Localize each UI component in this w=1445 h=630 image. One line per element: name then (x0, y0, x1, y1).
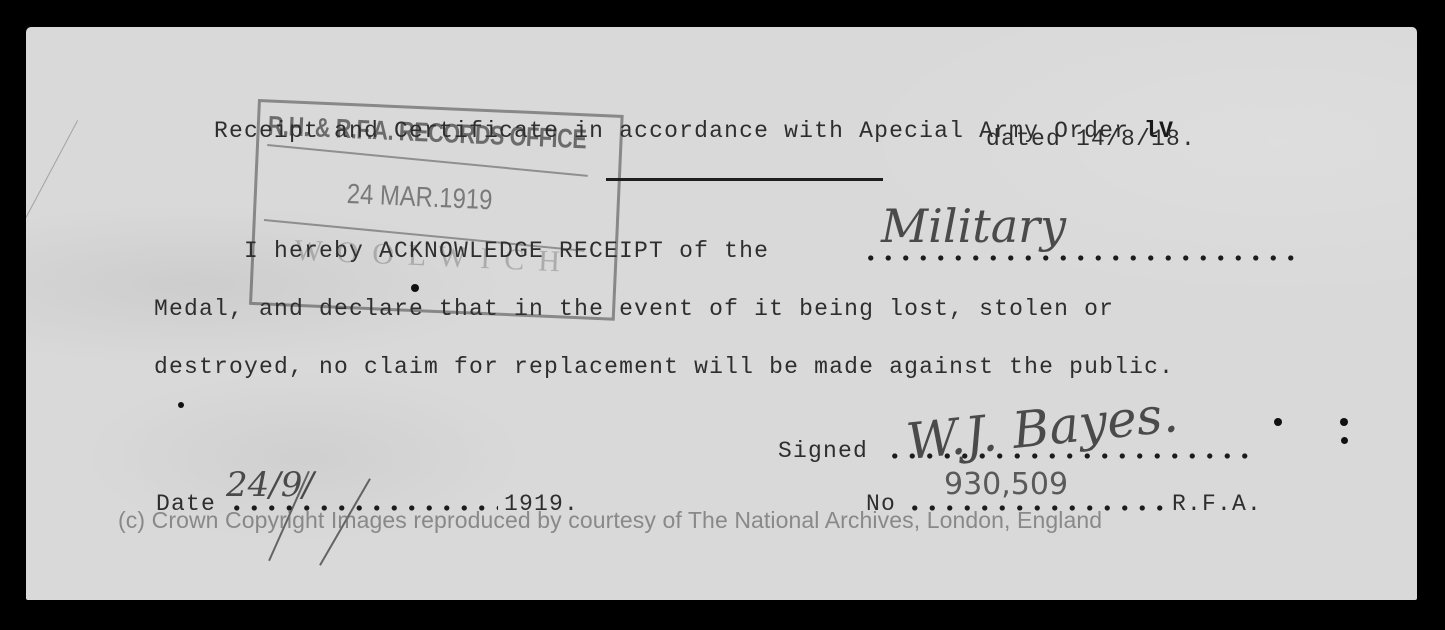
acknowledge-text: I hereby ACKNOWLEDGE RECEIPT of the (244, 240, 769, 263)
medal-type-handwriting: Military (881, 199, 1066, 253)
copyright-watermark: (c) Crown Copyright Images reproduced by… (118, 507, 1102, 534)
receipt-document: R.H. & R.F.A. RECORDS OFFICE 24 MAR.1919… (26, 27, 1417, 600)
ink-blot (411, 284, 419, 292)
heading-underline (606, 178, 883, 181)
ink-blot (1340, 418, 1348, 426)
paper-crease (26, 120, 78, 218)
service-number-handwriting: 930,509 (944, 467, 1068, 502)
stamp-date: 24 MAR.1919 (346, 178, 493, 216)
medal-type-field-dots (862, 255, 1297, 261)
ink-blot (1274, 418, 1282, 426)
signed-label: Signed (778, 440, 868, 463)
unit-suffix: R.F.A. (1172, 493, 1262, 516)
declaration-line-3: destroyed, no claim for replacement will… (154, 356, 1174, 379)
ink-blot (1341, 437, 1348, 444)
heading-line-2: dated 14/8/18. (986, 128, 1196, 151)
declaration-line-2: Medal, and declare that in the event of … (154, 298, 1114, 321)
ink-blot (178, 402, 184, 408)
